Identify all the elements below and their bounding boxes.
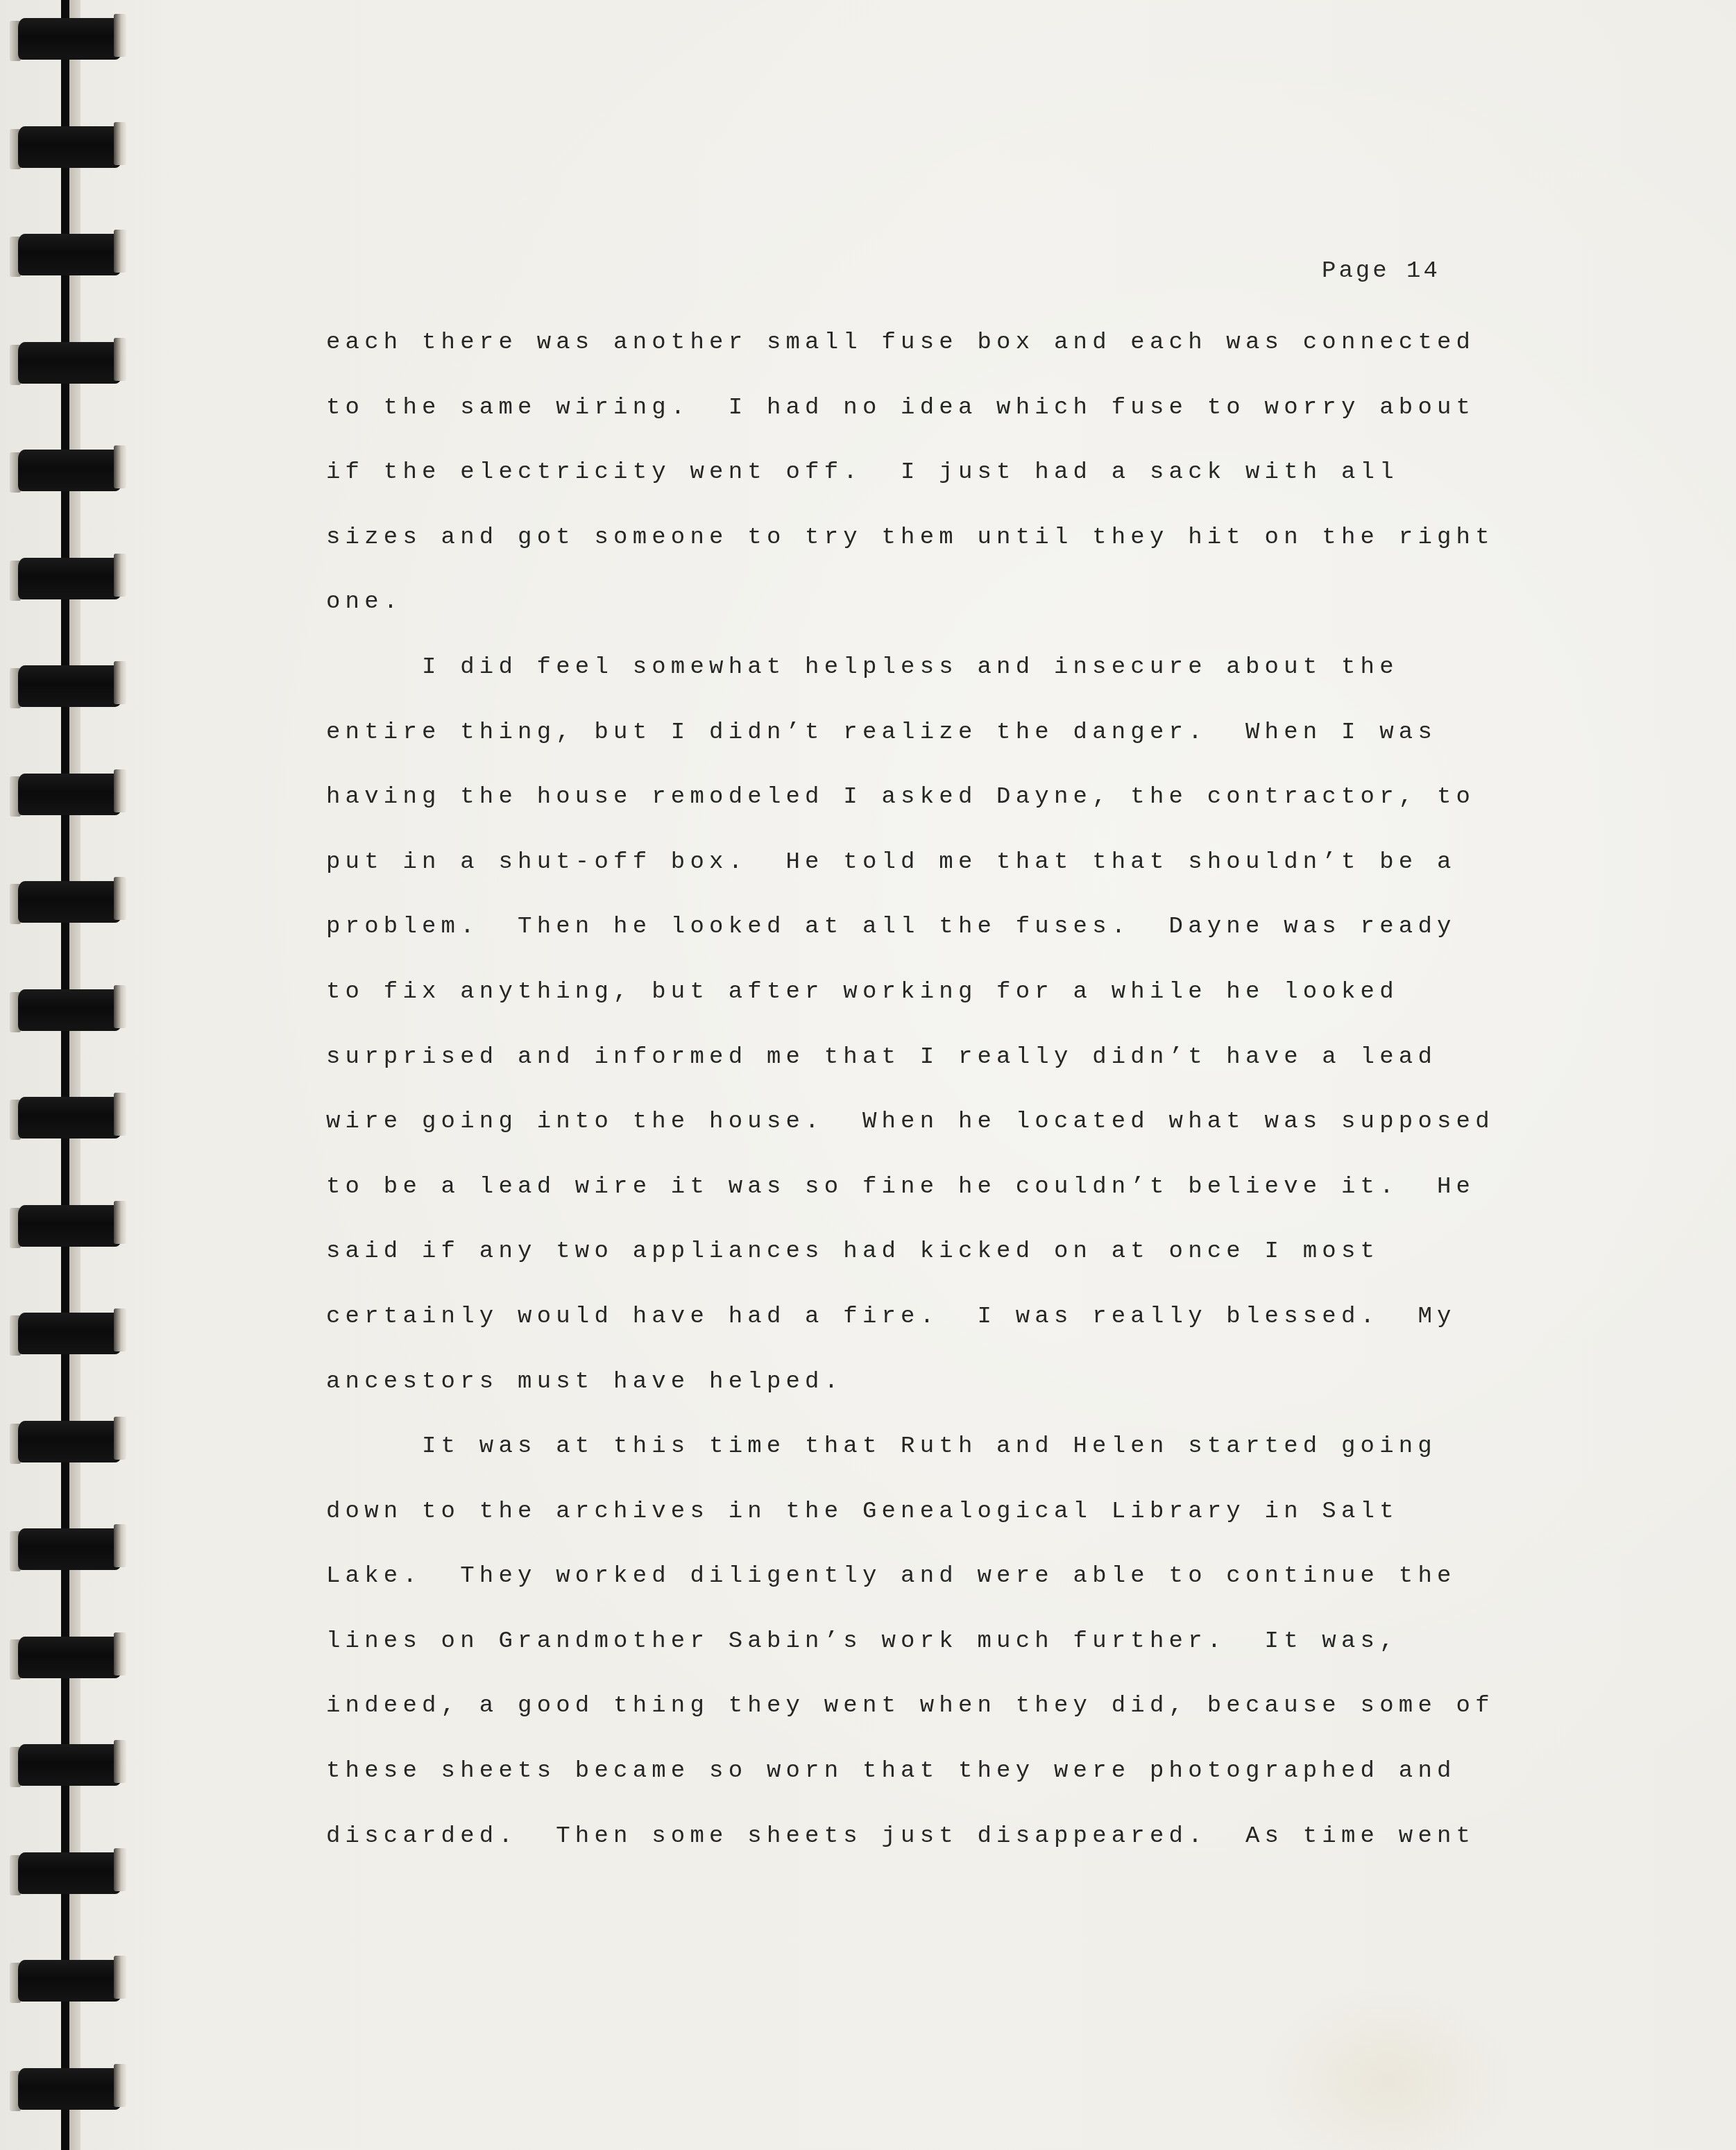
ring-band bbox=[18, 18, 122, 60]
text-line: discarded. Then some sheets just disappe… bbox=[326, 1816, 1575, 1881]
ring-lip-right bbox=[114, 445, 126, 488]
ring-band bbox=[18, 2068, 122, 2110]
spiral-binding bbox=[0, 0, 139, 2150]
text-line: I did feel somewhat helpless and insecur… bbox=[326, 647, 1575, 712]
text-line: certainly would have had a fire. I was r… bbox=[326, 1296, 1575, 1361]
text-line: wire going into the house. When he locat… bbox=[326, 1101, 1575, 1166]
binding-ring bbox=[10, 661, 126, 711]
binding-ring bbox=[10, 554, 126, 604]
text-line: if the electricity went off. I just had … bbox=[326, 452, 1575, 517]
binding-spine bbox=[61, 0, 69, 2150]
ring-band bbox=[18, 1528, 122, 1570]
ring-lip-right bbox=[114, 1524, 126, 1567]
ring-band bbox=[18, 774, 122, 815]
ring-lip-right bbox=[114, 338, 126, 381]
text-line: lines on Grandmother Sabin’s work much f… bbox=[326, 1621, 1575, 1686]
ring-lip-right bbox=[114, 554, 126, 597]
binding-ring bbox=[10, 1201, 126, 1251]
text-line: surprised and informed me that I really … bbox=[326, 1036, 1575, 1102]
text-line: to the same wiring. I had no idea which … bbox=[326, 387, 1575, 452]
ring-lip-right bbox=[114, 230, 126, 273]
ring-band bbox=[18, 1960, 122, 2002]
ring-band bbox=[18, 234, 122, 275]
text-line: Lake. They worked diligently and were ab… bbox=[326, 1555, 1575, 1621]
ring-band bbox=[18, 989, 122, 1031]
text-line: sizes and got someone to try them until … bbox=[326, 517, 1575, 582]
ring-band bbox=[18, 1637, 122, 1678]
ring-band bbox=[18, 665, 122, 707]
binding-ring bbox=[10, 1308, 126, 1358]
binding-ring bbox=[10, 2064, 126, 2114]
ring-band bbox=[18, 881, 122, 923]
ring-band bbox=[18, 558, 122, 599]
binding-ring bbox=[10, 230, 126, 280]
text-line: each there was another small fuse box an… bbox=[326, 322, 1575, 387]
ring-band bbox=[18, 1744, 122, 1786]
ring-lip-right bbox=[114, 1740, 126, 1783]
ring-band bbox=[18, 126, 122, 168]
ring-lip-right bbox=[114, 1308, 126, 1351]
ring-band bbox=[18, 1421, 122, 1462]
binding-ring bbox=[10, 1848, 126, 1898]
ring-lip-right bbox=[114, 1632, 126, 1675]
binding-ring bbox=[10, 1632, 126, 1682]
ring-band bbox=[18, 450, 122, 491]
text-line: having the house remodeled I asked Dayne… bbox=[326, 776, 1575, 842]
ring-lip-right bbox=[114, 769, 126, 812]
text-line: one. bbox=[326, 581, 1575, 647]
text-line: down to the archives in the Genealogical… bbox=[326, 1491, 1575, 1556]
text-line: to fix anything, but after working for a… bbox=[326, 971, 1575, 1036]
binding-ring bbox=[10, 769, 126, 819]
text-line: ancestors must have helped. bbox=[326, 1361, 1575, 1426]
ring-lip-right bbox=[114, 661, 126, 704]
ring-lip-right bbox=[114, 985, 126, 1028]
binding-spine-shadow bbox=[69, 0, 80, 2150]
text-line: problem. Then he looked at all the fuses… bbox=[326, 906, 1575, 971]
binding-ring bbox=[10, 445, 126, 495]
ring-lip-right bbox=[114, 2064, 126, 2107]
binding-ring bbox=[10, 338, 126, 388]
ring-band bbox=[18, 1205, 122, 1247]
text-line: entire thing, but I didn’t realize the d… bbox=[326, 712, 1575, 777]
ring-band bbox=[18, 1097, 122, 1138]
binding-ring bbox=[10, 14, 126, 64]
ring-band bbox=[18, 342, 122, 384]
binding-ring bbox=[10, 1093, 126, 1143]
ring-lip-right bbox=[114, 1093, 126, 1136]
ring-band bbox=[18, 1852, 122, 1894]
document-body: each there was another small fuse box an… bbox=[326, 322, 1575, 1880]
binding-ring bbox=[10, 1956, 126, 2006]
binding-ring bbox=[10, 1740, 126, 1790]
binding-ring bbox=[10, 1524, 126, 1574]
ring-lip-right bbox=[114, 14, 126, 57]
text-line: put in a shut-off box. He told me that t… bbox=[326, 842, 1575, 907]
text-line: to be a lead wire it was so fine he coul… bbox=[326, 1166, 1575, 1231]
ring-lip-right bbox=[114, 1201, 126, 1244]
ring-lip-right bbox=[114, 122, 126, 165]
ring-lip-right bbox=[114, 1956, 126, 1999]
binding-ring bbox=[10, 122, 126, 172]
binding-ring bbox=[10, 877, 126, 927]
ring-band bbox=[18, 1313, 122, 1354]
text-line: indeed, a good thing they went when they… bbox=[326, 1685, 1575, 1750]
paper-crease-shadow bbox=[1249, 1977, 1526, 2150]
ring-lip-right bbox=[114, 877, 126, 920]
ring-lip-right bbox=[114, 1417, 126, 1460]
ring-lip-right bbox=[114, 1848, 126, 1891]
page-number: Page 14 bbox=[1322, 258, 1440, 284]
text-line: these sheets became so worn that they we… bbox=[326, 1750, 1575, 1816]
text-line: said if any two appliances had kicked on… bbox=[326, 1231, 1575, 1296]
text-line: It was at this time that Ruth and Helen … bbox=[326, 1426, 1575, 1491]
binding-ring bbox=[10, 985, 126, 1035]
binding-ring bbox=[10, 1417, 126, 1467]
